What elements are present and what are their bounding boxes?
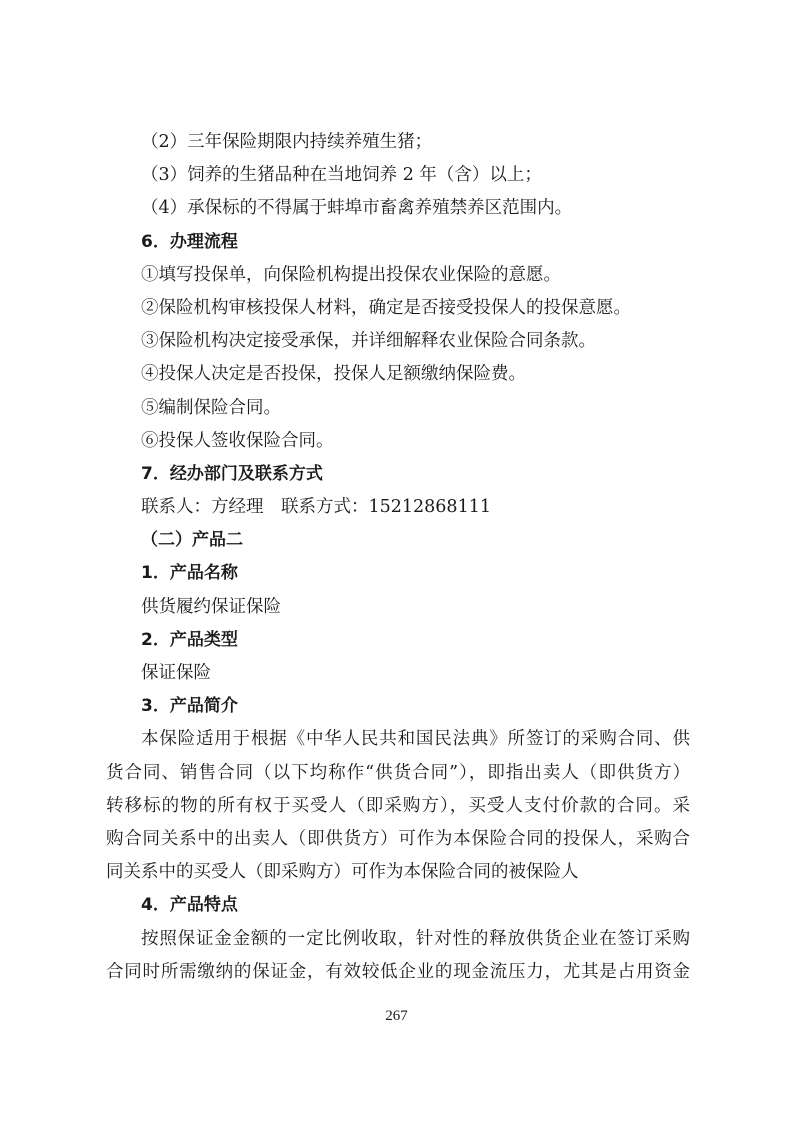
product-name-heading: 1．产品名称 bbox=[106, 557, 690, 590]
process-step: ①填写投保单，向保险机构提出投保农业保险的意愿。 bbox=[106, 259, 690, 292]
product-type: 保证保险 bbox=[106, 657, 690, 690]
process-step: ⑥投保人签收保险合同。 bbox=[106, 425, 690, 458]
list-item: （3）饲养的生猪品种在当地饲养 2 年（含）以上； bbox=[106, 159, 690, 192]
product-heading: （二）产品二 bbox=[106, 524, 690, 557]
product-intro-heading: 3．产品简介 bbox=[106, 690, 690, 723]
process-step: ④投保人决定是否投保，投保人足额缴纳保险费。 bbox=[106, 358, 690, 391]
section-heading-process: 6．办理流程 bbox=[106, 226, 690, 259]
intro-line: 同关系中的买受人（即采购方）可作为本保险合同的被保险人 bbox=[106, 856, 690, 889]
section-heading-contact: 7．经办部门及联系方式 bbox=[106, 458, 690, 491]
process-step: ③保险机构决定接受承保，并详细解释农业保险合同条款。 bbox=[106, 325, 690, 358]
process-step: ②保险机构审核投保人材料，确定是否接受投保人的投保意愿。 bbox=[106, 292, 690, 325]
list-item: （4）承保标的不得属于蚌埠市畜禽养殖禁养区范围内。 bbox=[106, 192, 690, 225]
product-type-heading: 2．产品类型 bbox=[106, 624, 690, 657]
intro-line: 购合同关系中的出卖人（即供货方）可作为本保险合同的投保人，采购合 bbox=[106, 823, 690, 856]
page-number: 267 bbox=[0, 1008, 793, 1025]
product-name: 供货履约保证保险 bbox=[106, 591, 690, 624]
intro-line: 货合同、销售合同（以下均称作“供货合同”），即指出卖人（即供货方） bbox=[106, 757, 690, 790]
list-item: （2）三年保险期限内持续养殖生猪； bbox=[106, 126, 690, 159]
intro-line: 本保险适用于根据《中华人民共和国民法典》所签订的采购合同、供 bbox=[106, 723, 690, 756]
contact-info: 联系人：方经理 联系方式：15212868111 bbox=[106, 491, 690, 524]
product-features-heading: 4．产品特点 bbox=[106, 889, 690, 922]
features-line: 合同时所需缴纳的保证金，有效较低企业的现金流压力，尤其是占用资金 bbox=[106, 956, 690, 989]
document-page: （2）三年保险期限内持续养殖生猪； （3）饲养的生猪品种在当地饲养 2 年（含）… bbox=[106, 126, 690, 989]
process-step: ⑤编制保险合同。 bbox=[106, 392, 690, 425]
features-line: 按照保证金金额的一定比例收取，针对性的释放供货企业在签订采购 bbox=[106, 923, 690, 956]
intro-line: 转移标的物的所有权于买受人（即采购方），买受人支付价款的合同。采 bbox=[106, 790, 690, 823]
